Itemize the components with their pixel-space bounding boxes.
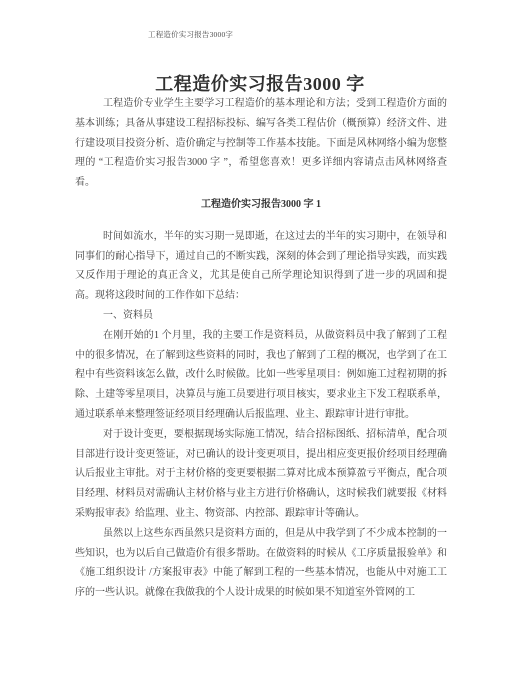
document-title: 工程造价实习报告3000 字	[0, 72, 520, 96]
body-paragraph: 在刚开始的1 个月里，我的主要工作是资料员，从做资料员中我了解到了工程中的很多情…	[75, 326, 447, 425]
section-subtitle: 工程造价实习报告3000 字 1	[75, 195, 447, 215]
running-header: 工程造价实习报告3000字	[148, 29, 233, 40]
body-paragraph: 虽然以上这些东西虽然只是资料方面的，但是从中我学到了不少成本控制的一些知识，也为…	[75, 524, 447, 603]
document-body: 工程造价专业学生主要学习工程造价的基本理论和方法；受到工程造价方面的基本训练；具…	[75, 94, 447, 603]
opening-paragraph: 时间如流水，半年的实习期一晃即逝，在这过去的半年的实习期中，在领导和同事们的耐心…	[75, 227, 447, 306]
list-heading: 一、资料员	[75, 306, 447, 326]
intro-paragraph: 工程造价专业学生主要学习工程造价的基本理论和方法；受到工程造价方面的基本训练；具…	[75, 94, 447, 193]
document-page: 工程造价实习报告3000字 工程造价实习报告3000 字 工程造价专业学生主要学…	[0, 0, 520, 673]
body-paragraph: 对于设计变更，要根据现场实际施工情况，结合招标图纸、招标清单，配合项目部进行设计…	[75, 425, 447, 524]
